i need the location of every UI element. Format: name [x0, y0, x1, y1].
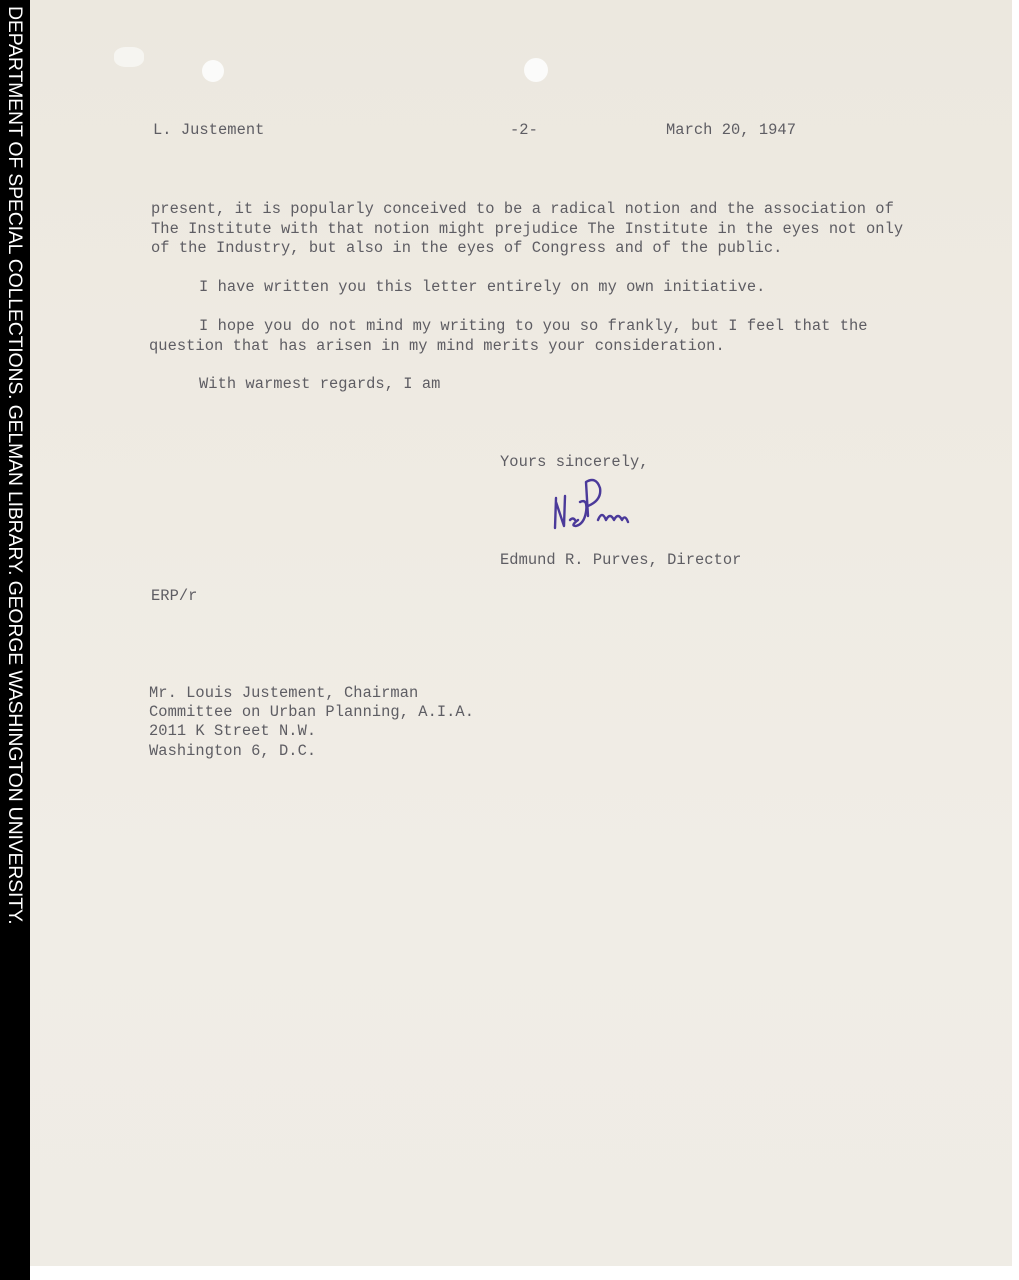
paragraph-frankly: I hope you do not mind my writing to you…	[199, 317, 868, 335]
address-line: Washington 6, D.C.	[149, 742, 316, 760]
archive-strip-text: DEPARTMENT OF SPECIAL COLLECTIONS. GELMA…	[0, 0, 30, 1280]
body-line: present, it is popularly conceived to be…	[151, 200, 894, 218]
body-line: The Institute with that notion might pre…	[151, 220, 903, 238]
torn-mark	[114, 47, 144, 67]
address-line: Mr. Louis Justement, Chairman	[149, 684, 418, 702]
punch-hole	[202, 60, 224, 82]
header-date: March 20, 1947	[666, 121, 796, 139]
typist-initials: ERP/r	[151, 587, 197, 605]
handwritten-signature	[550, 476, 640, 538]
paragraph-frankly: question that has arisen in my mind meri…	[149, 337, 725, 355]
closing-line: With warmest regards, I am	[199, 375, 440, 393]
paragraph-initiative: I have written you this letter entirely …	[199, 278, 765, 296]
body-line: of the Industry, but also in the eyes of…	[151, 239, 782, 257]
address-line: Committee on Urban Planning, A.I.A.	[149, 703, 474, 721]
archive-strip: DEPARTMENT OF SPECIAL COLLECTIONS. GELMA…	[0, 0, 30, 1280]
header-recipient: L. Justement	[153, 121, 264, 139]
header-page-number: -2-	[510, 121, 538, 139]
valediction: Yours sincerely,	[500, 453, 649, 471]
signer-name: Edmund R. Purves, Director	[500, 551, 741, 569]
address-line: 2011 K Street N.W.	[149, 722, 316, 740]
punch-hole	[524, 58, 548, 82]
letter-page: L. Justement -2- March 20, 1947 present,…	[30, 0, 1012, 1266]
